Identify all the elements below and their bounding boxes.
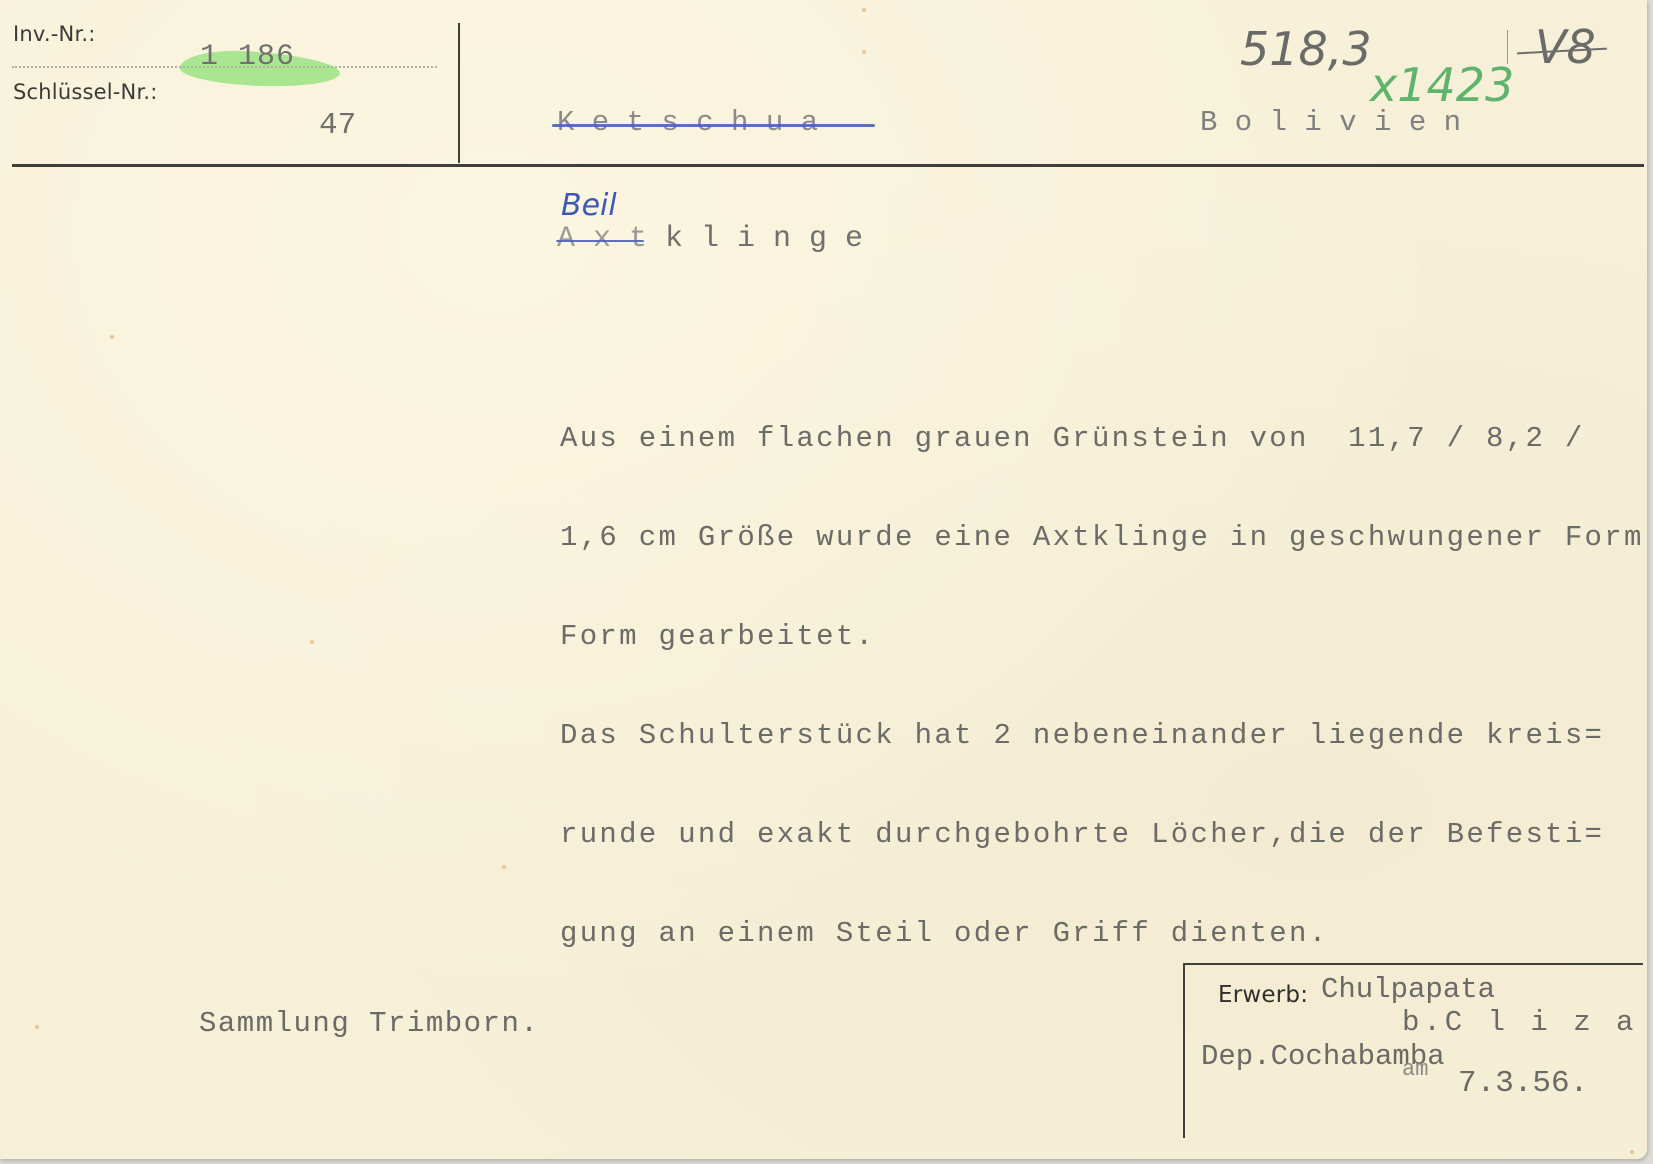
culture-struck-text: K e t s c h u a xyxy=(557,106,818,139)
description-line: gung an einem Steil oder Griff dienten. xyxy=(560,917,1644,950)
acquisition-box-top-rule xyxy=(1183,963,1643,965)
paper-speck xyxy=(862,8,866,12)
pencil-tick xyxy=(1507,30,1508,64)
green-crayon-note: x1423 xyxy=(1370,58,1514,112)
inv-nr-value: 1 186 xyxy=(200,40,295,74)
schluessel-nr-value: 47 xyxy=(319,108,356,143)
header-horizontal-rule xyxy=(12,164,1644,167)
acquisition-am: am xyxy=(1402,1057,1428,1082)
pencil-struck-note: V8 xyxy=(1535,20,1596,74)
paper-speck xyxy=(310,640,314,644)
catalog-card: Inv.-Nr.: 1 186 Schlüssel-Nr.: 47 K e t … xyxy=(0,0,1647,1159)
acquisition-near: b.C l i z a xyxy=(1402,1006,1637,1039)
acquisition-place: Chulpapata xyxy=(1321,973,1495,1006)
description-line: Form gearbeitet. xyxy=(560,620,1644,653)
title-strikethrough xyxy=(556,240,644,242)
description-line: Aus einem flachen grauen Grünstein von 1… xyxy=(560,422,1644,455)
inv-dotted-line xyxy=(12,66,437,68)
acquisition-label: Erwerb: xyxy=(1218,982,1308,1008)
inv-nr-label: Inv.-Nr.: xyxy=(13,22,96,46)
paper-speck xyxy=(1630,1150,1634,1154)
paper-speck xyxy=(110,335,114,339)
culture-strikethrough xyxy=(552,124,875,127)
description-line: Das Schulterstück hat 2 nebeneinander li… xyxy=(560,719,1644,752)
title-handwritten-correction: Beil xyxy=(561,188,617,223)
paper-speck xyxy=(862,50,866,54)
schluessel-nr-label: Schlüssel-Nr.: xyxy=(13,80,158,104)
title-struck-prefix: A x t xyxy=(557,222,647,256)
object-title: A x t k l i n g e xyxy=(557,222,863,256)
acquisition-box-left-rule xyxy=(1183,963,1185,1138)
header-vertical-divider xyxy=(458,23,460,163)
description-line: 1,6 cm Größe wurde eine Axtklinge in ges… xyxy=(560,521,1644,554)
collection-text: Sammlung Trimborn. xyxy=(199,1007,539,1040)
paper-speck xyxy=(502,865,506,869)
description-block: Aus einem flachen grauen Grünstein von 1… xyxy=(560,356,1644,1016)
acquisition-date: 7.3.56. xyxy=(1458,1066,1588,1101)
paper-speck xyxy=(35,1025,39,1029)
title-remainder: k l i n g e xyxy=(647,222,863,256)
pencil-note: 518,3 xyxy=(1240,22,1372,76)
description-line: runde und exakt durchgebohrte Löcher,die… xyxy=(560,818,1644,851)
